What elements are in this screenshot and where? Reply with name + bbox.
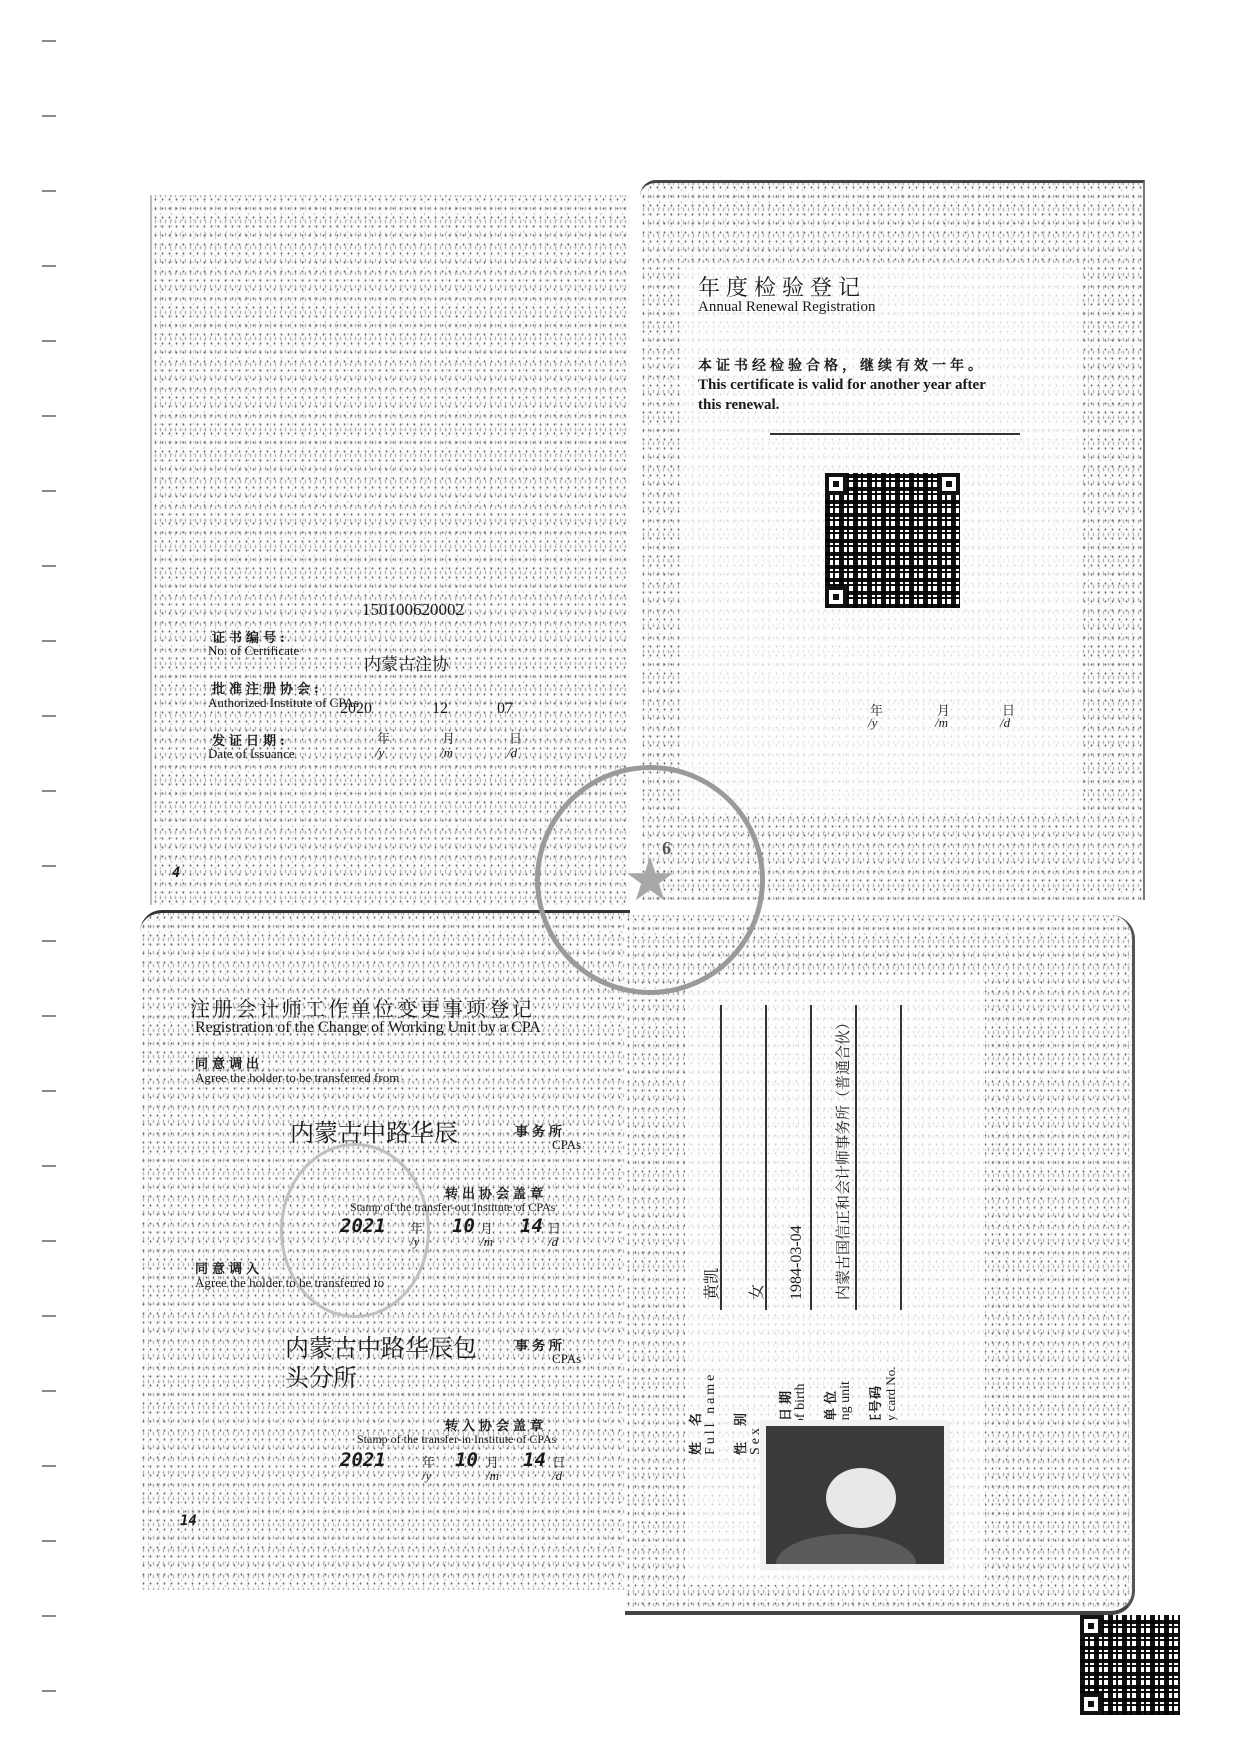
- renewal-unit-month-en: /m: [935, 715, 948, 731]
- seal-number: 6: [662, 838, 671, 859]
- field-line: [810, 1005, 812, 1310]
- out-date-month: 10: [452, 1215, 475, 1237]
- institute-value: 内蒙古注协: [364, 650, 449, 675]
- unit-month-en: /m: [440, 745, 453, 761]
- certificate-number: 150100620002: [362, 600, 464, 620]
- out-label-en: Agree the holder to be transferred from: [195, 1070, 399, 1086]
- issue-month: 12: [432, 700, 448, 718]
- renewal-statement-zh: 本证书经检验合格，继续有效一年。: [698, 355, 986, 375]
- transfer-title-zh: 注册会计师工作单位变更事项登记: [190, 993, 535, 1022]
- label-name-zh: 姓名: [685, 1397, 704, 1455]
- label-name-en: Full name: [703, 1372, 719, 1455]
- unit-year-en: /y: [375, 745, 384, 761]
- field-line: [765, 1005, 767, 1310]
- qr-code-icon: [825, 473, 960, 608]
- field-line: [900, 1005, 902, 1310]
- out-firm: 内蒙古中路华辰: [290, 1113, 458, 1148]
- out-unit-month-en: /m: [480, 1234, 493, 1250]
- transfer-title-en: Registration of the Change of Working Un…: [195, 1019, 541, 1037]
- official-seal: ★ 6: [535, 765, 765, 995]
- issue-day: 07: [497, 700, 513, 718]
- field-line: [720, 1005, 722, 1310]
- in-date-month: 10: [455, 1449, 478, 1471]
- renewal-title-zh: 年度检验登记: [698, 271, 866, 302]
- renewal-unit-year-en: /y: [868, 715, 877, 731]
- in-unit-month-en: /m: [486, 1468, 499, 1484]
- field-line: [855, 1005, 857, 1310]
- in-date-year: 2021: [340, 1449, 386, 1471]
- holder-sex-value: 女: [744, 1284, 767, 1300]
- page-number: 4: [172, 865, 180, 881]
- holder-dob-value: 1984-03-04: [788, 1225, 806, 1300]
- out-date-day: 14: [520, 1215, 543, 1237]
- unit-day-en: /d: [507, 745, 517, 761]
- out-firm-suffix-en: CPAs: [552, 1137, 581, 1153]
- out-unit-year-en: /y: [410, 1234, 419, 1250]
- transfer-page: 注册会计师工作单位变更事项登记 Registration of the Chan…: [140, 910, 630, 1590]
- in-stamp-label-en: Stamp of the transfer-in Institute of CP…: [357, 1432, 556, 1447]
- page-number: 14: [180, 1513, 197, 1529]
- certificate-no-label-en: No. of Certificate: [208, 643, 299, 659]
- in-unit-year-en: /y: [422, 1468, 431, 1484]
- out-stamp-label-en: Stamp of the transfer-out Institute of C…: [350, 1200, 555, 1215]
- institute-label-en: Authorized Institute of CPAs: [208, 695, 359, 711]
- in-label-en: Agree the holder to be transferred to: [195, 1275, 384, 1291]
- renewal-statement-en-2: this renewal.: [698, 397, 779, 414]
- label-sex-zh: 性别: [730, 1397, 749, 1455]
- out-unit-day-en: /d: [548, 1234, 558, 1250]
- qr-code-icon: [1080, 1615, 1180, 1715]
- in-firm-line2: 头分所: [285, 1358, 357, 1393]
- issue-date-label-en: Date of Issuance: [208, 746, 295, 762]
- out-date-year: 2021: [340, 1215, 386, 1237]
- renewal-unit-day-en: /d: [1000, 715, 1010, 731]
- issuance-page: 150100620002 证书编号: No. of Certificate 内蒙…: [150, 195, 630, 905]
- holder-page: 黄凯 女 1984-03-04 内蒙古国信正和会计师事务所（普通合伙） 姓名 F…: [625, 915, 1135, 1615]
- holder-name-value: 黄凯: [699, 1268, 722, 1300]
- holder-unit-value: 内蒙古国信正和会计师事务所（普通合伙）: [832, 1015, 853, 1300]
- renewal-title-en: Annual Renewal Registration: [698, 299, 875, 316]
- renewal-statement-en-1: This certificate is valid for another ye…: [698, 377, 986, 394]
- holder-photo: [760, 1420, 950, 1570]
- issue-year: 2020: [340, 700, 372, 718]
- in-firm-suffix-en: CPAs: [552, 1351, 581, 1367]
- in-date-day: 14: [523, 1449, 546, 1471]
- in-unit-day-en: /d: [552, 1468, 562, 1484]
- signature-line: [770, 433, 1020, 435]
